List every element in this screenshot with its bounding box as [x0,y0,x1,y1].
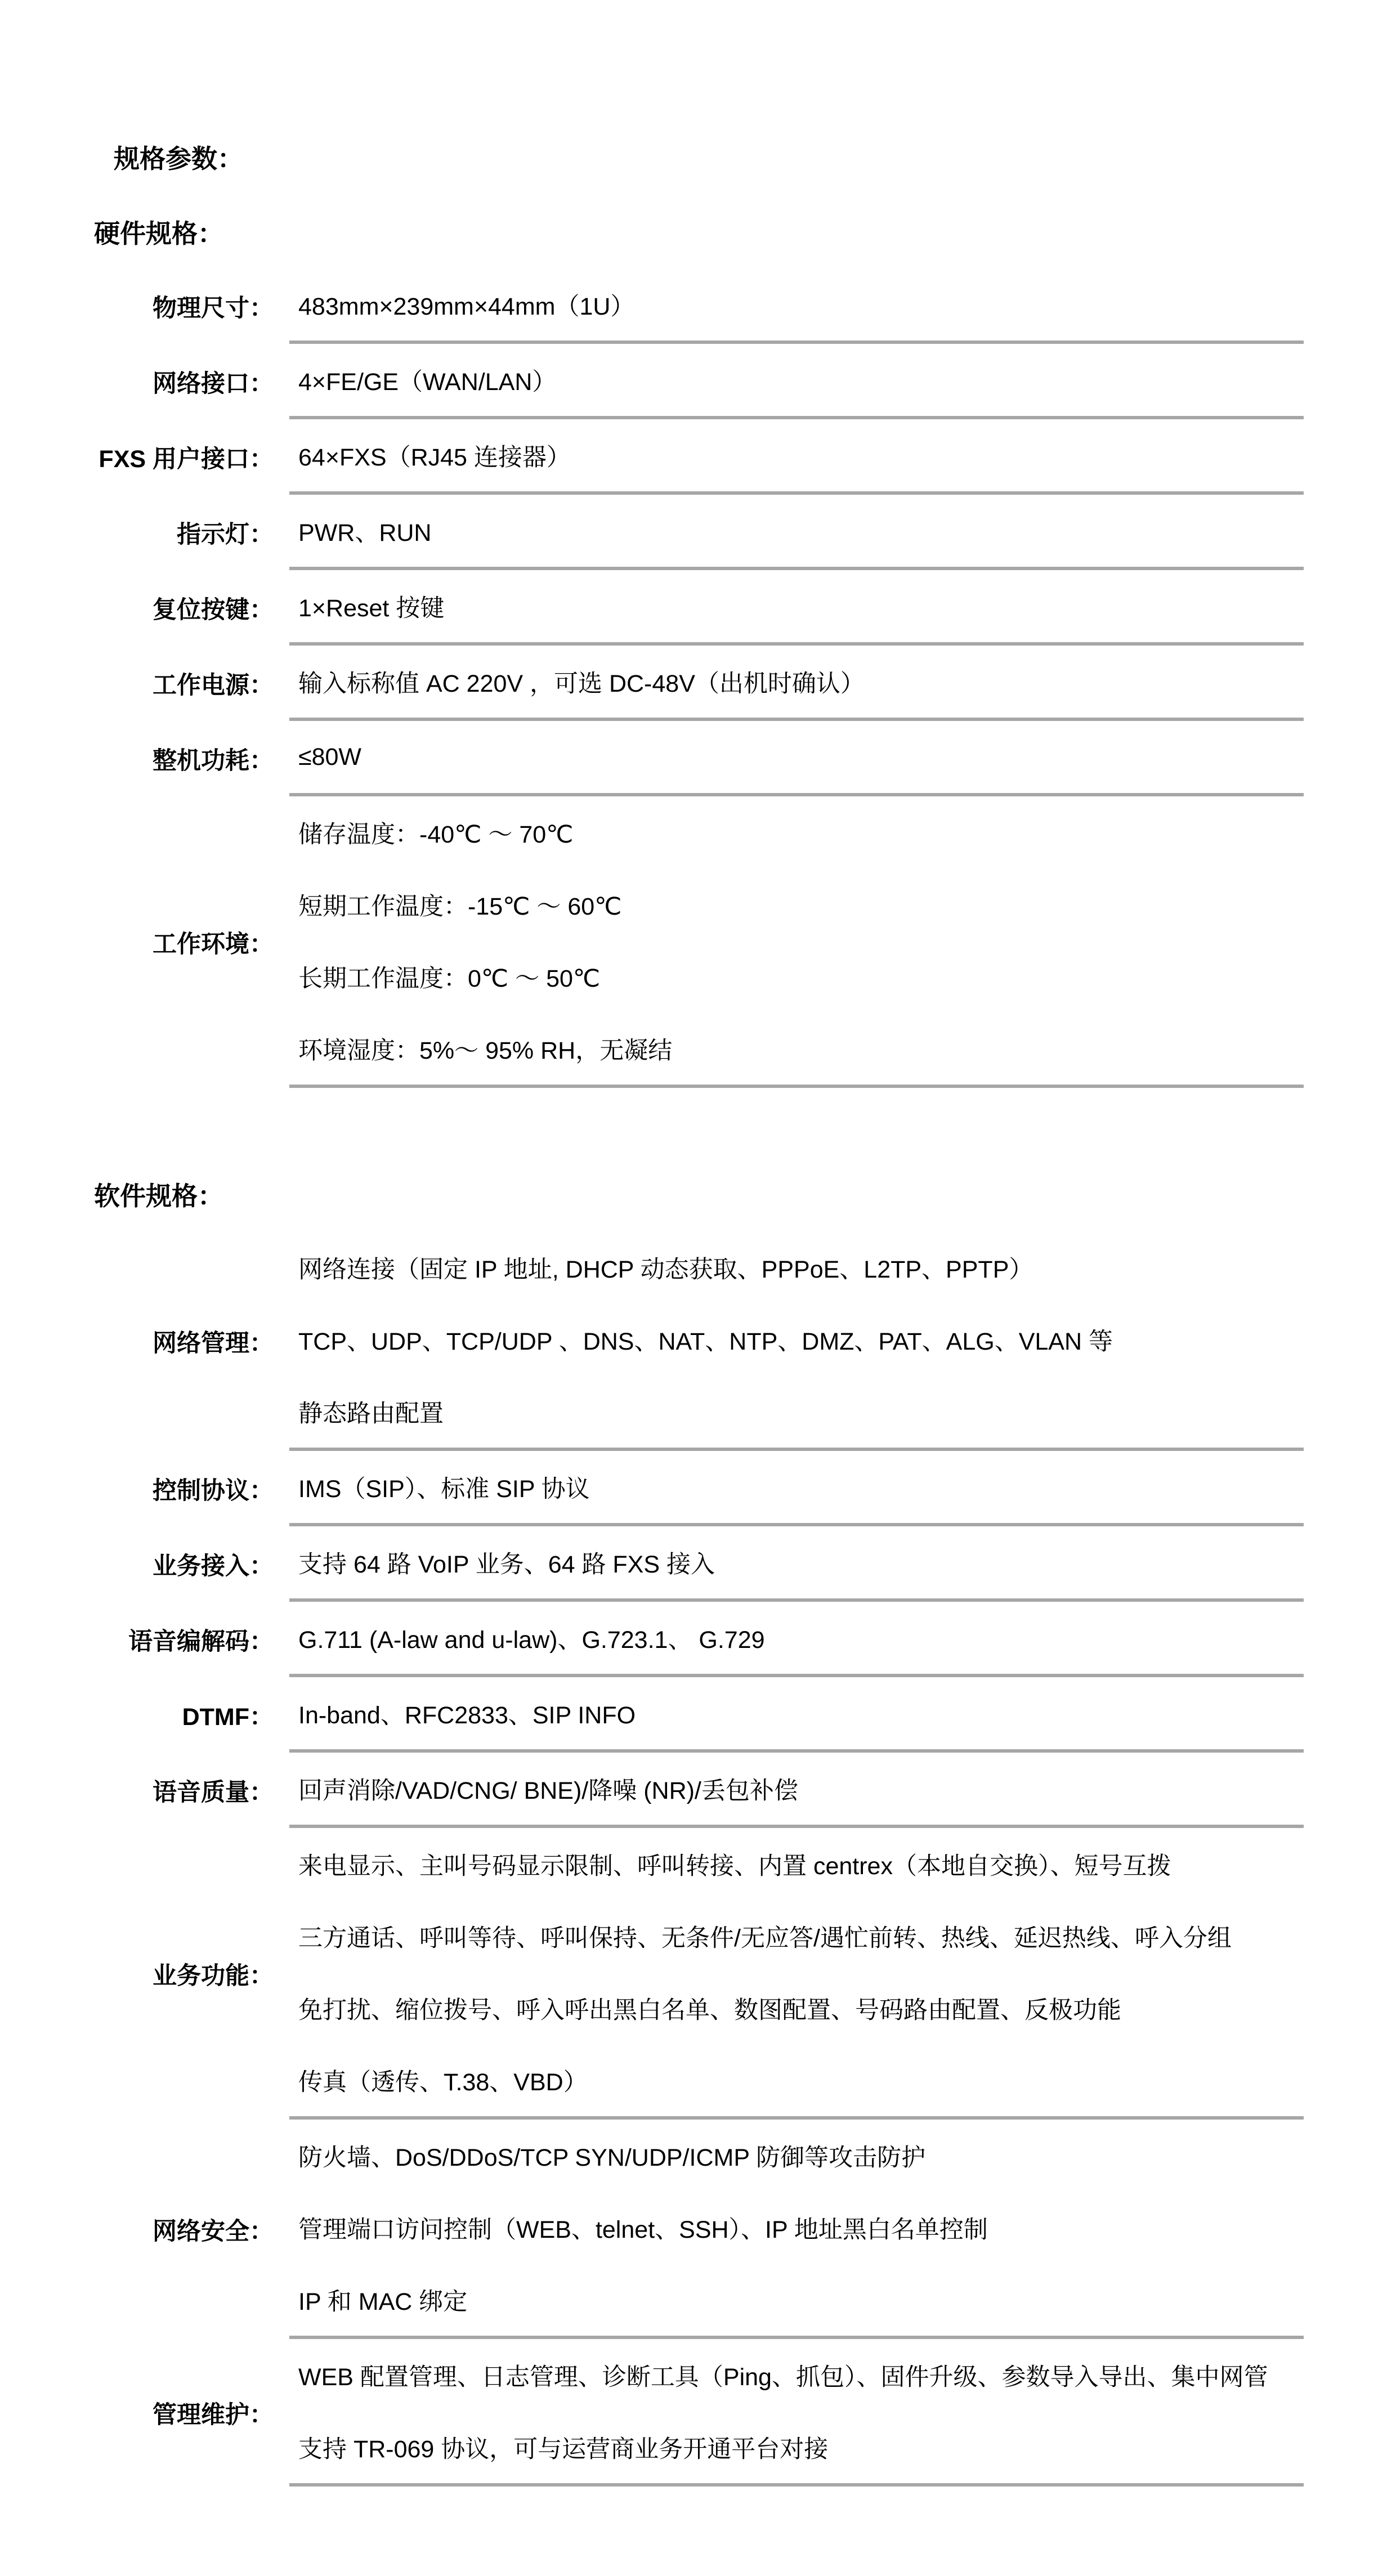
spec-row-value: 4×FE/GE（WAN/LAN） [289,344,1304,419]
spec-value-line: 管理端口访问控制（WEB、telnet、SSH）、IP 地址黑白名单控制 [298,2192,1304,2264]
spec-row-network-management: 网络管理： 网络连接（固定 IP 地址, DHCP 动态获取、PPPoE、L2T… [0,1231,1304,1451]
spec-value-line: IP 和 MAC 绑定 [298,2264,1304,2336]
spec-row-label: 网络安全： [0,2120,274,2339]
spec-row-value: 来电显示、主叫号码显示限制、呼叫转接、内置 centrex（本地自交换）、短号互… [289,1828,1304,2120]
spec-row-label: 语音质量： [0,1753,274,1828]
spec-row-value: PWR、RUN [289,495,1304,570]
spec-value-line: 输入标称值 AC 220V ，可选 DC-48V（出机时确认） [298,646,1304,718]
spec-row-control-protocol: 控制协议： IMS（SIP）、标准 SIP 协议 [0,1451,1304,1526]
software-spec-table: 网络管理： 网络连接（固定 IP 地址, DHCP 动态获取、PPPoE、L2T… [0,1231,1304,2487]
spec-value-line: 483mm×239mm×44mm（1U） [298,268,1304,341]
spec-row-value: 防火墙、DoS/DDoS/TCP SYN/UDP/ICMP 防御等攻击防护 管理… [289,2120,1304,2339]
spec-row-value: In-band、RFC2833、SIP INFO [289,1677,1304,1753]
spec-row-value: G.711 (A-law and u-law)、G.723.1、 G.729 [289,1602,1304,1677]
spec-value-line: 静态路由配置 [298,1376,1304,1448]
spec-row-service-features: 业务功能： 来电显示、主叫号码显示限制、呼叫转接、内置 centrex（本地自交… [0,1828,1304,2120]
spec-value-line: 长期工作温度：0℃ ～ 50℃ [298,940,1304,1013]
spec-value-line: 网络连接（固定 IP 地址, DHCP 动态获取、PPPoE、L2TP、PPTP… [298,1231,1304,1303]
spec-value-line: 来电显示、主叫号码显示限制、呼叫转接、内置 centrex（本地自交换）、短号互… [298,1828,1304,1900]
spec-row-network-interface: 网络接口： 4×FE/GE（WAN/LAN） [0,344,1304,419]
spec-row-network-security: 网络安全： 防火墙、DoS/DDoS/TCP SYN/UDP/ICMP 防御等攻… [0,2120,1304,2339]
spec-row-reset-button: 复位按键： 1×Reset 按键 [0,570,1304,646]
spec-row-value: 储存温度：-40℃ ～ 70℃ 短期工作温度：-15℃ ～ 60℃ 长期工作温度… [289,796,1304,1088]
spec-row-dtmf: DTMF： In-band、RFC2833、SIP INFO [0,1677,1304,1753]
spec-row-voice-quality: 语音质量： 回声消除/VAD/CNG/ BNE)/降噪 (NR)/丢包补偿 [0,1753,1304,1828]
spec-value-line: 回声消除/VAD/CNG/ BNE)/降噪 (NR)/丢包补偿 [298,1753,1304,1825]
spec-value-line: 免打扰、缩位拨号、呼入呼出黑白名单、数图配置、号码路由配置、反极功能 [298,1972,1304,2044]
spec-row-value: ≤80W [289,721,1304,796]
spec-row-label: 工作环境： [0,796,274,1088]
spec-row-voice-codec: 语音编解码： G.711 (A-law and u-law)、G.723.1、 … [0,1602,1304,1677]
section-title-hardware: 硬件规格： [94,217,223,250]
spec-row-value: 网络连接（固定 IP 地址, DHCP 动态获取、PPPoE、L2TP、PPTP… [289,1231,1304,1451]
spec-row-label: 网络管理： [0,1231,274,1451]
spec-document-page: 规格参数： 硬件规格： 物理尺寸： 483mm×239mm×44mm（1U） 网… [0,0,1396,2576]
spec-value-line: In-band、RFC2833、SIP INFO [298,1677,1304,1749]
hardware-spec-table: 物理尺寸： 483mm×239mm×44mm（1U） 网络接口： 4×FE/GE… [0,268,1304,1088]
section-title-software: 软件规格： [94,1179,223,1213]
spec-value-line: 传真（透传、T.38、VBD） [298,2044,1304,2116]
spec-value-line: 短期工作温度：-15℃ ～ 60℃ [298,868,1304,940]
spec-value-line: 防火墙、DoS/DDoS/TCP SYN/UDP/ICMP 防御等攻击防护 [298,2120,1304,2192]
spec-row-value: 483mm×239mm×44mm（1U） [289,268,1304,344]
spec-row-label: 指示灯： [0,495,274,570]
spec-row-label: 业务接入： [0,1526,274,1602]
spec-row-indicator-led: 指示灯： PWR、RUN [0,495,1304,570]
spec-row-label: 网络接口： [0,344,274,419]
spec-row-value: 1×Reset 按键 [289,570,1304,646]
spec-row-power-supply: 工作电源： 输入标称值 AC 220V ，可选 DC-48V（出机时确认） [0,646,1304,721]
spec-row-management-maintenance: 管理维护： WEB 配置管理、日志管理、诊断工具（Ping、抓包）、固件升级、参… [0,2339,1304,2487]
spec-row-value: 64×FXS（RJ45 连接器） [289,419,1304,495]
spec-row-label: 管理维护： [0,2339,274,2487]
spec-row-label: 复位按键： [0,570,274,646]
spec-value-line: WEB 配置管理、日志管理、诊断工具（Ping、抓包）、固件升级、参数导入导出、… [298,2339,1304,2411]
spec-row-fxs-interface: FXS 用户接口： 64×FXS（RJ45 连接器） [0,419,1304,495]
spec-row-power-consumption: 整机功耗： ≤80W [0,721,1304,796]
spec-value-line: 4×FE/GE（WAN/LAN） [298,344,1304,416]
spec-value-line: 环境湿度：5%～ 95% RH，无凝结 [298,1013,1304,1085]
spec-row-label: 控制协议： [0,1451,274,1526]
spec-row-value: WEB 配置管理、日志管理、诊断工具（Ping、抓包）、固件升级、参数导入导出、… [289,2339,1304,2487]
spec-row-label: 整机功耗： [0,721,274,796]
spec-value-line: TCP、UDP、TCP/UDP 、DNS、NAT、NTP、DMZ、PAT、ALG… [298,1303,1304,1376]
spec-row-physical-size: 物理尺寸： 483mm×239mm×44mm（1U） [0,268,1304,344]
spec-value-line: 三方通话、呼叫等待、呼叫保持、无条件/无应答/遇忙前转、热线、延迟热线、呼入分组 [298,1900,1304,1972]
spec-row-label: 业务功能： [0,1828,274,2120]
spec-row-value: IMS（SIP）、标准 SIP 协议 [289,1451,1304,1526]
spec-value-line: G.711 (A-law and u-law)、G.723.1、 G.729 [298,1602,1304,1674]
spec-row-label: DTMF： [0,1677,274,1753]
spec-value-line: ≤80W [298,721,1304,793]
spec-row-label: 工作电源： [0,646,274,721]
spec-value-line: 支持 64 路 VoIP 业务、64 路 FXS 接入 [298,1526,1304,1598]
section-title-spec-params: 规格参数： [114,142,243,176]
spec-row-work-environment: 工作环境： 储存温度：-40℃ ～ 70℃ 短期工作温度：-15℃ ～ 60℃ … [0,796,1304,1088]
spec-value-line: 1×Reset 按键 [298,570,1304,642]
spec-value-line: 储存温度：-40℃ ～ 70℃ [298,796,1304,868]
spec-row-value: 回声消除/VAD/CNG/ BNE)/降噪 (NR)/丢包补偿 [289,1753,1304,1828]
spec-row-value: 支持 64 路 VoIP 业务、64 路 FXS 接入 [289,1526,1304,1602]
spec-value-line: IMS（SIP）、标准 SIP 协议 [298,1451,1304,1523]
spec-value-line: PWR、RUN [298,495,1304,567]
spec-row-value: 输入标称值 AC 220V ，可选 DC-48V（出机时确认） [289,646,1304,721]
spec-row-service-access: 业务接入： 支持 64 路 VoIP 业务、64 路 FXS 接入 [0,1526,1304,1602]
spec-value-line: 支持 TR-069 协议，可与运营商业务开通平台对接 [298,2411,1304,2483]
spec-row-label: 语音编解码： [0,1602,274,1677]
spec-row-label: 物理尺寸： [0,268,274,344]
spec-value-line: 64×FXS（RJ45 连接器） [298,419,1304,491]
spec-row-label: FXS 用户接口： [0,419,274,495]
